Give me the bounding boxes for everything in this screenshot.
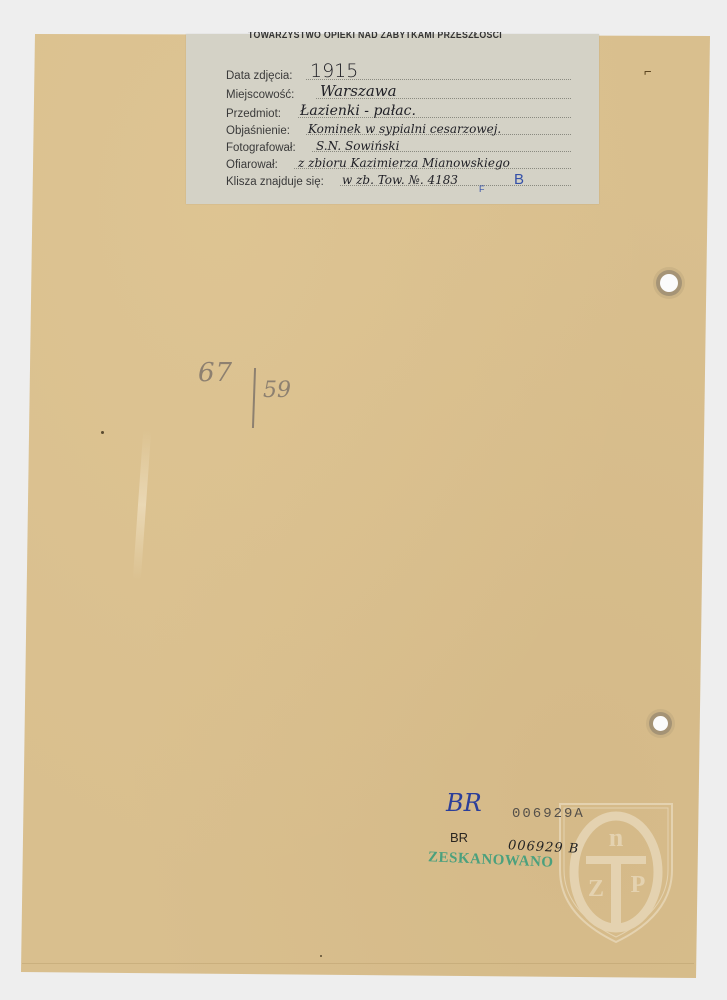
field-label: Klisza znajduje się: xyxy=(226,176,324,188)
pencil-number-left: 67 xyxy=(198,358,233,388)
blue-mark-f: F xyxy=(479,184,485,194)
speck xyxy=(101,431,104,434)
field-value: Kominek w sypialni cesarzowej. xyxy=(308,122,501,136)
field-value: Warszawa xyxy=(320,82,397,100)
field-donor: Ofiarował: z zbioru Kazimierza Mianowski… xyxy=(226,155,571,171)
field-label: Objaśnienie: xyxy=(226,125,290,137)
field-label: Fotografował: xyxy=(226,142,296,154)
blue-suffix-mark: B xyxy=(514,171,524,188)
svg-text:Z: Z xyxy=(588,876,604,902)
svg-text:P: P xyxy=(631,872,646,898)
field-value: Łazienki - pałac. xyxy=(300,103,416,119)
punch-hole-lower xyxy=(653,716,668,731)
punch-hole-upper xyxy=(660,274,678,292)
field-value: w zb. Tow. №. 4183 xyxy=(342,173,458,187)
field-value: z zbioru Kazimierza Mianowskiego xyxy=(298,156,510,170)
pencil-number-right: 59 xyxy=(263,378,291,403)
br-handwritten: BR xyxy=(446,789,482,817)
label-header: TOWARZYSTWO OPIEKI NAD ZABYTKAMI PRZESZŁ… xyxy=(248,32,521,42)
field-label: Przedmiot: xyxy=(226,108,281,120)
speck xyxy=(320,955,322,957)
field-label: Ofiarował: xyxy=(226,159,278,171)
card-crease xyxy=(22,963,694,964)
field-label: Miejscowość: xyxy=(226,89,294,101)
tack-mark: ⌐ xyxy=(644,64,652,79)
field-subject: Przedmiot: Łazienki - pałac. xyxy=(226,104,571,120)
field-negative: Klisza znajduje się: w zb. Tow. №. 4183 … xyxy=(226,172,571,188)
stamp-number-a: 006929A xyxy=(512,806,585,822)
field-description: Objaśnienie: Kominek w sypialni cesarzow… xyxy=(226,121,571,137)
field-label: Data zdjęcia: xyxy=(226,70,292,82)
field-photographer: Fotografował: S.N. Sowiński xyxy=(226,138,571,154)
field-value: 1915 xyxy=(310,60,358,82)
field-date: Data zdjęcia: 1915 xyxy=(226,66,571,82)
field-value: S.N. Sowiński xyxy=(316,139,400,153)
br-small: BR xyxy=(450,830,468,845)
svg-text:n: n xyxy=(609,823,624,852)
field-place: Miejscowość: Warszawa xyxy=(226,85,571,101)
catalog-label: TOWARZYSTWO OPIEKI NAD ZABYTKAMI PRZESZŁ… xyxy=(186,34,599,204)
